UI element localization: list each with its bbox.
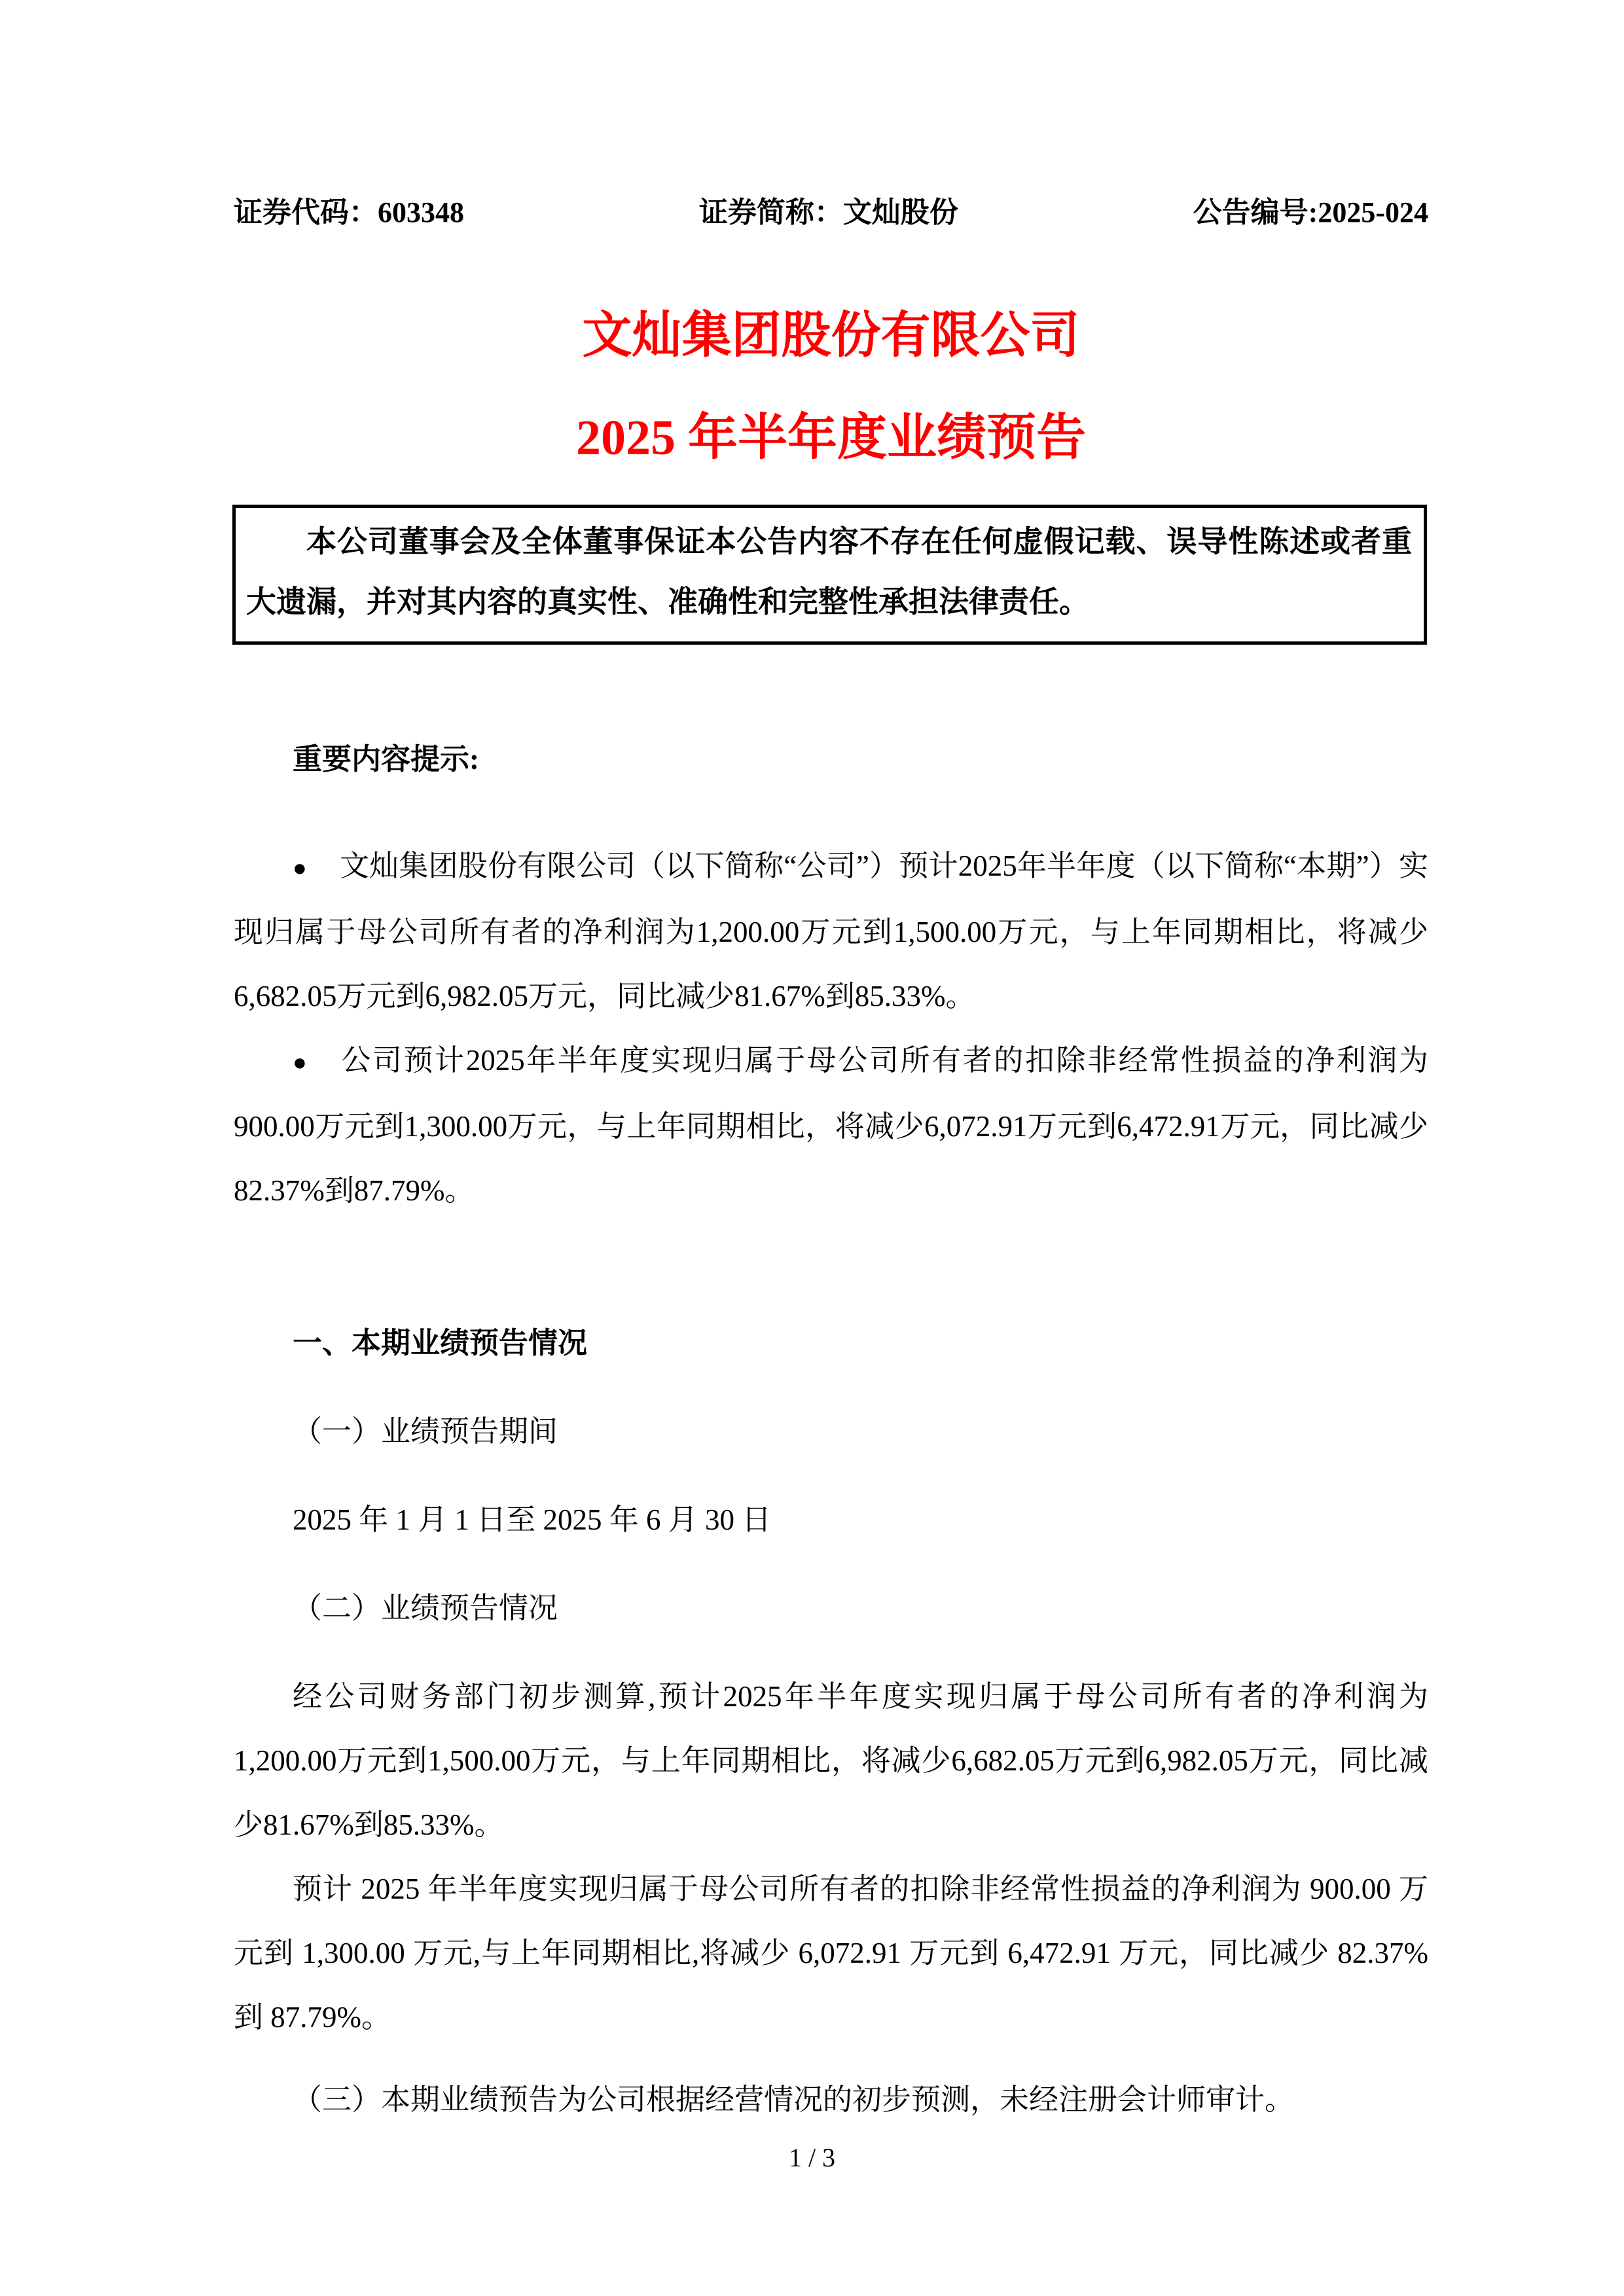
notice-bullet-1-text: 文灿集团股份有限公司（以下简称“公司”）预计2025年半年度（以下简称“本期”）… — [234, 850, 1428, 1013]
bullet-icon: ● — [293, 855, 340, 881]
report-title: 2025 年半年度业绩预告 — [234, 402, 1428, 474]
forecast-paragraph-1: 经公司财务部门初步测算,预计2025年半年度实现归属于母公司所有者的净利润为1,… — [234, 1664, 1428, 1857]
stock-code: 证券代码：603348 — [234, 196, 464, 229]
stock-name: 证券简称：文灿股份 — [699, 196, 958, 229]
bullet-icon: ● — [293, 1049, 341, 1075]
page-number: 1 / 3 — [0, 2142, 1624, 2174]
disclaimer-box: 本公司董事会及全体董事保证本公告内容不存在任何虚假记载、误导性陈述或者重大遗漏，… — [232, 505, 1427, 645]
announcement-number: 公告编号:2025-024 — [1193, 196, 1428, 229]
notice-bullet-2-text: 公司预计2025年半年度实现归属于母公司所有者的扣除非经常性损益的净利润为900… — [234, 1044, 1428, 1207]
document-header: 证券代码：603348 证券简称：文灿股份 公告编号:2025-024 — [234, 196, 1428, 229]
section1-sub2-heading: （二）业绩预告情况 — [234, 1576, 1428, 1640]
notice-bullet-2: ●公司预计2025年半年度实现归属于母公司所有者的扣除非经常性损益的净利润为90… — [234, 1028, 1428, 1223]
disclaimer-text: 本公司董事会及全体董事保证本公告内容不存在任何虚假记载、误导性陈述或者重大遗漏，… — [246, 525, 1412, 619]
forecast-period: 2025 年 1 月 1 日至 2025 年 6 月 30 日 — [234, 1488, 1428, 1552]
section1-sub1-heading: （一）业绩预告期间 — [234, 1399, 1428, 1463]
notice-heading: 重要内容提示: — [234, 727, 1428, 791]
company-title: 文灿集团股份有限公司 — [234, 300, 1428, 372]
notice-bullet-1: ●文灿集团股份有限公司（以下简称“公司”）预计2025年半年度（以下简称“本期”… — [234, 834, 1428, 1028]
section1-heading: 一、本期业绩预告情况 — [234, 1311, 1428, 1375]
section1-sub3-note: （三）本期业绩预告为公司根据经营情况的初步预测，未经注册会计师审计。 — [234, 2068, 1428, 2132]
announcement-page: 证券代码：603348 证券简称：文灿股份 公告编号:2025-024 文灿集团… — [0, 0, 1624, 2296]
forecast-paragraph-2: 预计 2025 年半年度实现归属于母公司所有者的扣除非经常性损益的净利润为 90… — [234, 1857, 1428, 2049]
